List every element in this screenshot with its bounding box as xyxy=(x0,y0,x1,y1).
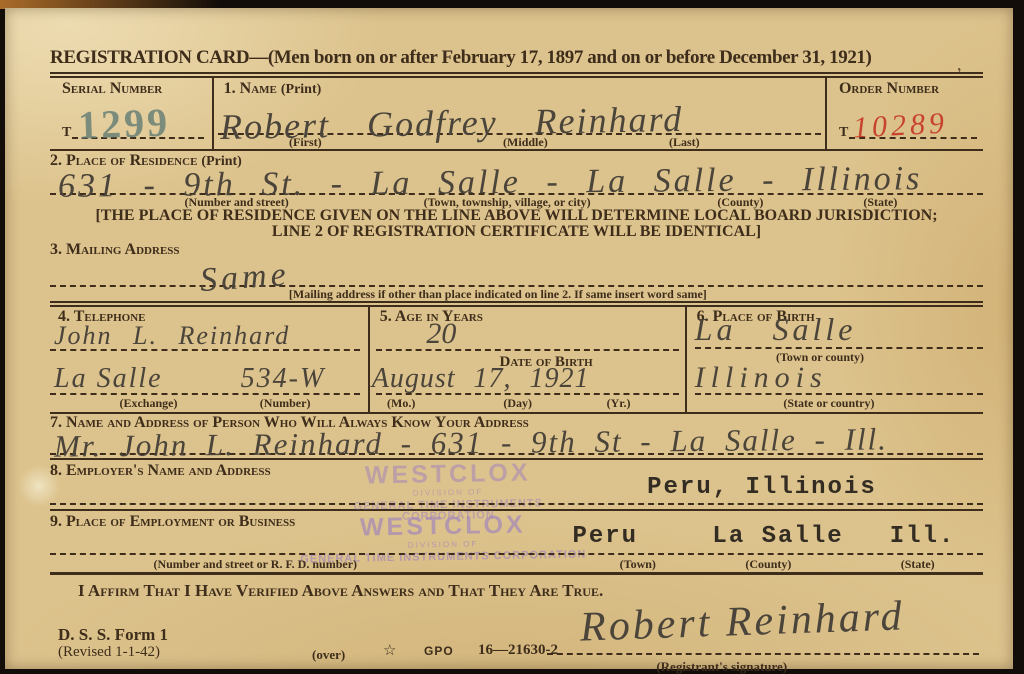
telephone-line1-value: John L. Reinhard xyxy=(54,323,290,349)
mailing-label: Mailing Address xyxy=(66,241,180,258)
birthplace-state-value: Illinois xyxy=(695,363,828,393)
residence-sub-town: (Town, township, village, or city) xyxy=(424,197,591,208)
name-label-number: 1. xyxy=(224,80,236,97)
section-employer: 8. Employer's Name and Address WESTCLOX … xyxy=(50,460,983,509)
residence-sub-state: (State) xyxy=(863,197,897,208)
birthplace-town-value: La Salle xyxy=(695,313,857,345)
residence-sub-county: (County) xyxy=(717,197,763,208)
employment-number-label: 9. xyxy=(50,513,62,530)
residence-sub-street: (Number and street) xyxy=(184,197,288,208)
name-label: Name xyxy=(240,80,277,97)
employment-sub-street: (Number and street or R. F. D. number) xyxy=(153,559,357,570)
order-number-value: 10289 xyxy=(852,107,949,146)
employment-sub-town: (Town) xyxy=(620,559,656,570)
employment-state-value: Ill. xyxy=(890,523,956,550)
serial-prefix: T xyxy=(62,125,71,141)
birthplace-town-line xyxy=(695,347,983,349)
form-revision: (Revised 1-1-42) xyxy=(58,644,160,661)
westclox-stamp2-line1: WESTCLOX xyxy=(298,511,588,541)
section-contact-person: 7. Name and Address of Person Who Will A… xyxy=(50,414,983,458)
birthplace-cell: 6. Place of Birth La Salle (Town or coun… xyxy=(687,307,983,412)
name-print-hint: (Print) xyxy=(281,82,321,97)
section-phone-age-birth: 4. Telephone John L. Reinhard La Salle 5… xyxy=(50,307,983,412)
employer-number-label: 8. xyxy=(50,462,62,479)
mailing-number: 3. xyxy=(50,241,62,258)
dob-sub-yr: (Yr.) xyxy=(607,398,631,409)
section-employment-place: 9. Place of Employment or Business WESTC… xyxy=(50,511,983,572)
employment-write-line xyxy=(50,553,983,555)
section-residence: 2. Place of Residence (Print) 631 - 9th … xyxy=(50,151,983,208)
mailing-value: Same xyxy=(199,258,291,298)
westclox-stamp-line1: WESTCLOX xyxy=(317,460,577,490)
signature-line xyxy=(547,653,979,655)
signature-label: (Registrant's signature) xyxy=(656,659,787,674)
star-icon: ☆ xyxy=(383,641,396,660)
employment-sub-state: (State) xyxy=(901,559,935,570)
serial-number-cell: Serial Number T 1299 xyxy=(50,78,212,149)
employer-write-line xyxy=(50,503,983,505)
registrant-signature: Robert Reinhard xyxy=(579,595,905,648)
mailing-note: [Mailing address if other than place ind… xyxy=(289,289,707,300)
section-serial-name-order: Serial Number T 1299 1. Name (Print) Rob… xyxy=(50,78,983,149)
local-board-notice: [THE PLACE OF RESIDENCE GIVEN ON THE LIN… xyxy=(87,208,947,240)
residence-number: 2. xyxy=(50,152,62,169)
order-prefix: T xyxy=(839,125,848,141)
card-header: REGISTRATION CARD—(Men born on or after … xyxy=(50,8,983,72)
serial-number-value: 1299 xyxy=(77,98,171,148)
card-content: REGISTRATION CARD—(Men born on or after … xyxy=(50,8,983,669)
order-number-cell: Order Number T 10289 xyxy=(827,78,983,149)
employer-label: Employer's Name and Address xyxy=(66,462,271,479)
employment-town-value: Peru xyxy=(572,523,638,550)
name-cell: 1. Name (Print) Robert Godfrey Reinhard … xyxy=(212,78,827,149)
dob-value: August 17, 1921 xyxy=(372,365,590,393)
over-note: (over) xyxy=(312,647,345,663)
name-sub-middle: (Middle) xyxy=(503,137,548,148)
name-sub-last: (Last) xyxy=(669,137,700,148)
age-write-line xyxy=(376,349,679,351)
order-number-label: Order Number xyxy=(827,78,983,96)
contact-value: Mr. John L. Reinhard - 631 - 9th St - La… xyxy=(54,423,888,461)
section-mailing-address: 3. Mailing Address Same [Mailing address… xyxy=(50,241,983,301)
telephone-number-value: 534-W xyxy=(241,365,326,393)
name-sub-first: (First) xyxy=(289,137,322,148)
telephone-sub-exchange: (Exchange) xyxy=(119,398,177,409)
telephone-sub-number: (Number) xyxy=(260,398,311,409)
dob-sub-mo: (Mo.) xyxy=(387,398,415,409)
card-title: REGISTRATION CARD—(Men born on or after … xyxy=(50,47,871,68)
telephone-cell: 4. Telephone John L. Reinhard La Salle 5… xyxy=(50,307,368,412)
age-dob-cell: 5. Age in Years 20 Date of Birth August … xyxy=(368,307,687,412)
local-board-notice-wrap: [THE PLACE OF RESIDENCE GIVEN ON THE LIN… xyxy=(50,208,983,241)
dob-sub-day: (Day) xyxy=(503,398,532,409)
form-name: D. S. S. Form 1 xyxy=(58,625,168,645)
registration-card: ’ REGISTRATION CARD—(Men born on or afte… xyxy=(5,8,1013,669)
employer-value: Peru, Illinois xyxy=(647,474,877,501)
gpo-label: GPO xyxy=(424,644,454,658)
telephone-exchange-value: La Salle xyxy=(54,365,163,393)
card-footer: D. S. S. Form 1 (Revised 1-1-42) (over) … xyxy=(50,601,983,674)
employment-label: Place of Employment or Business xyxy=(66,513,295,530)
age-value: 20 xyxy=(426,319,456,349)
gpo-number: 16—21630-2 xyxy=(478,642,558,659)
serial-number-label: Serial Number xyxy=(50,78,212,96)
birthplace-sub-state: (State or country) xyxy=(783,398,874,409)
employment-sub-county: (County) xyxy=(745,559,791,570)
age-number-label: 5. xyxy=(380,308,392,325)
employment-county-value: La Salle xyxy=(712,523,843,550)
